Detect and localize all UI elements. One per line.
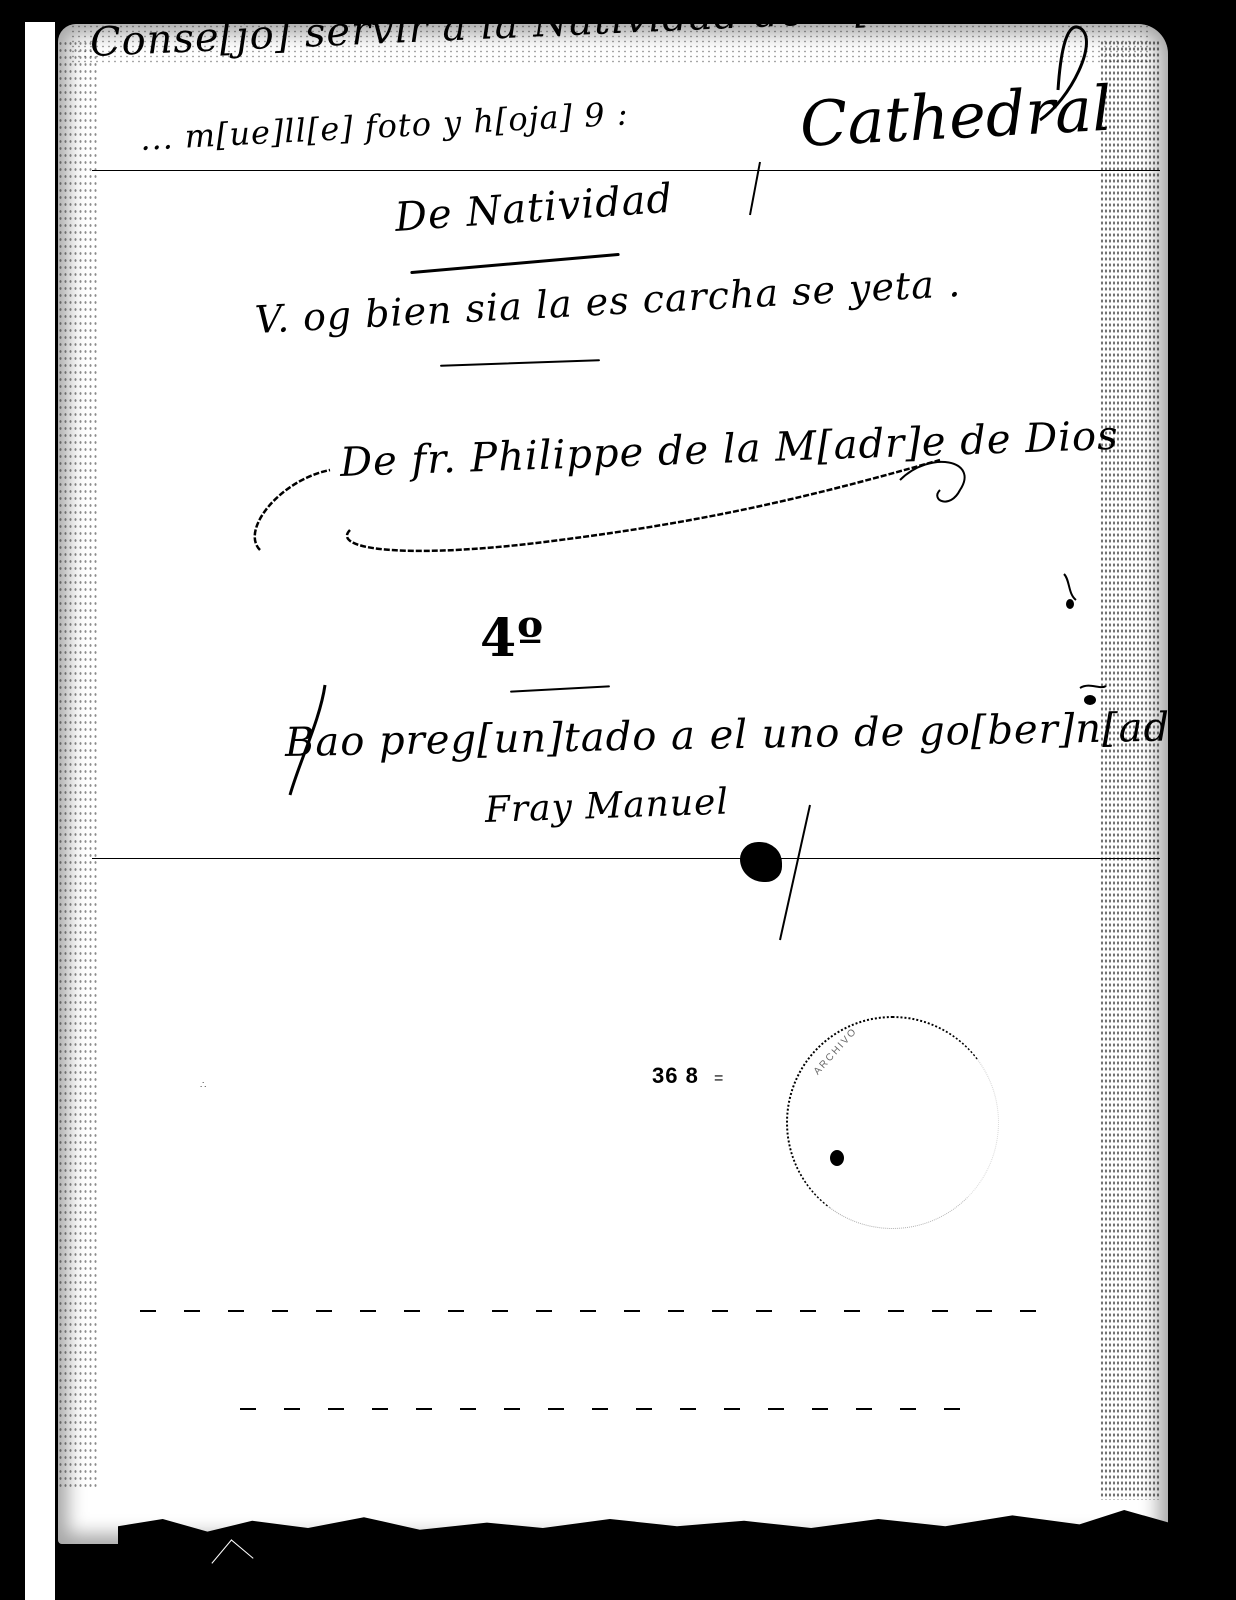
dashed-line-bottom: [240, 1408, 960, 1410]
manuscript-page: [58, 24, 1168, 1544]
format-label: 4º: [480, 608, 544, 669]
faint-mark-left: ∴: [200, 1080, 206, 1091]
author-flourish: [240, 440, 980, 570]
note-initial-stroke: [280, 680, 340, 800]
ink-blot-stroke: [740, 800, 830, 950]
scan-border-strip: [25, 22, 55, 1600]
dashed-line-lower: [140, 1310, 1040, 1312]
margin-marks: [1060, 570, 1130, 730]
archive-number-stamp: 36 8 =: [652, 1063, 724, 1089]
cathedral-flourish: [1030, 20, 1100, 130]
paper-edge-wear-right: [1100, 40, 1160, 1500]
ruled-line-middle: [92, 858, 1160, 859]
archive-seal-stamp: [786, 1016, 999, 1229]
paper-edge-wear-left: [58, 40, 98, 1490]
archive-number: 36 8: [652, 1063, 699, 1088]
pen-stroke-mark: [740, 160, 780, 220]
archive-number-suffix: =: [714, 1070, 724, 1087]
ruled-line-top: [92, 170, 1160, 171]
seal-ink-dot: [830, 1150, 844, 1166]
note-line-2: Fray Manuel: [484, 781, 729, 830]
